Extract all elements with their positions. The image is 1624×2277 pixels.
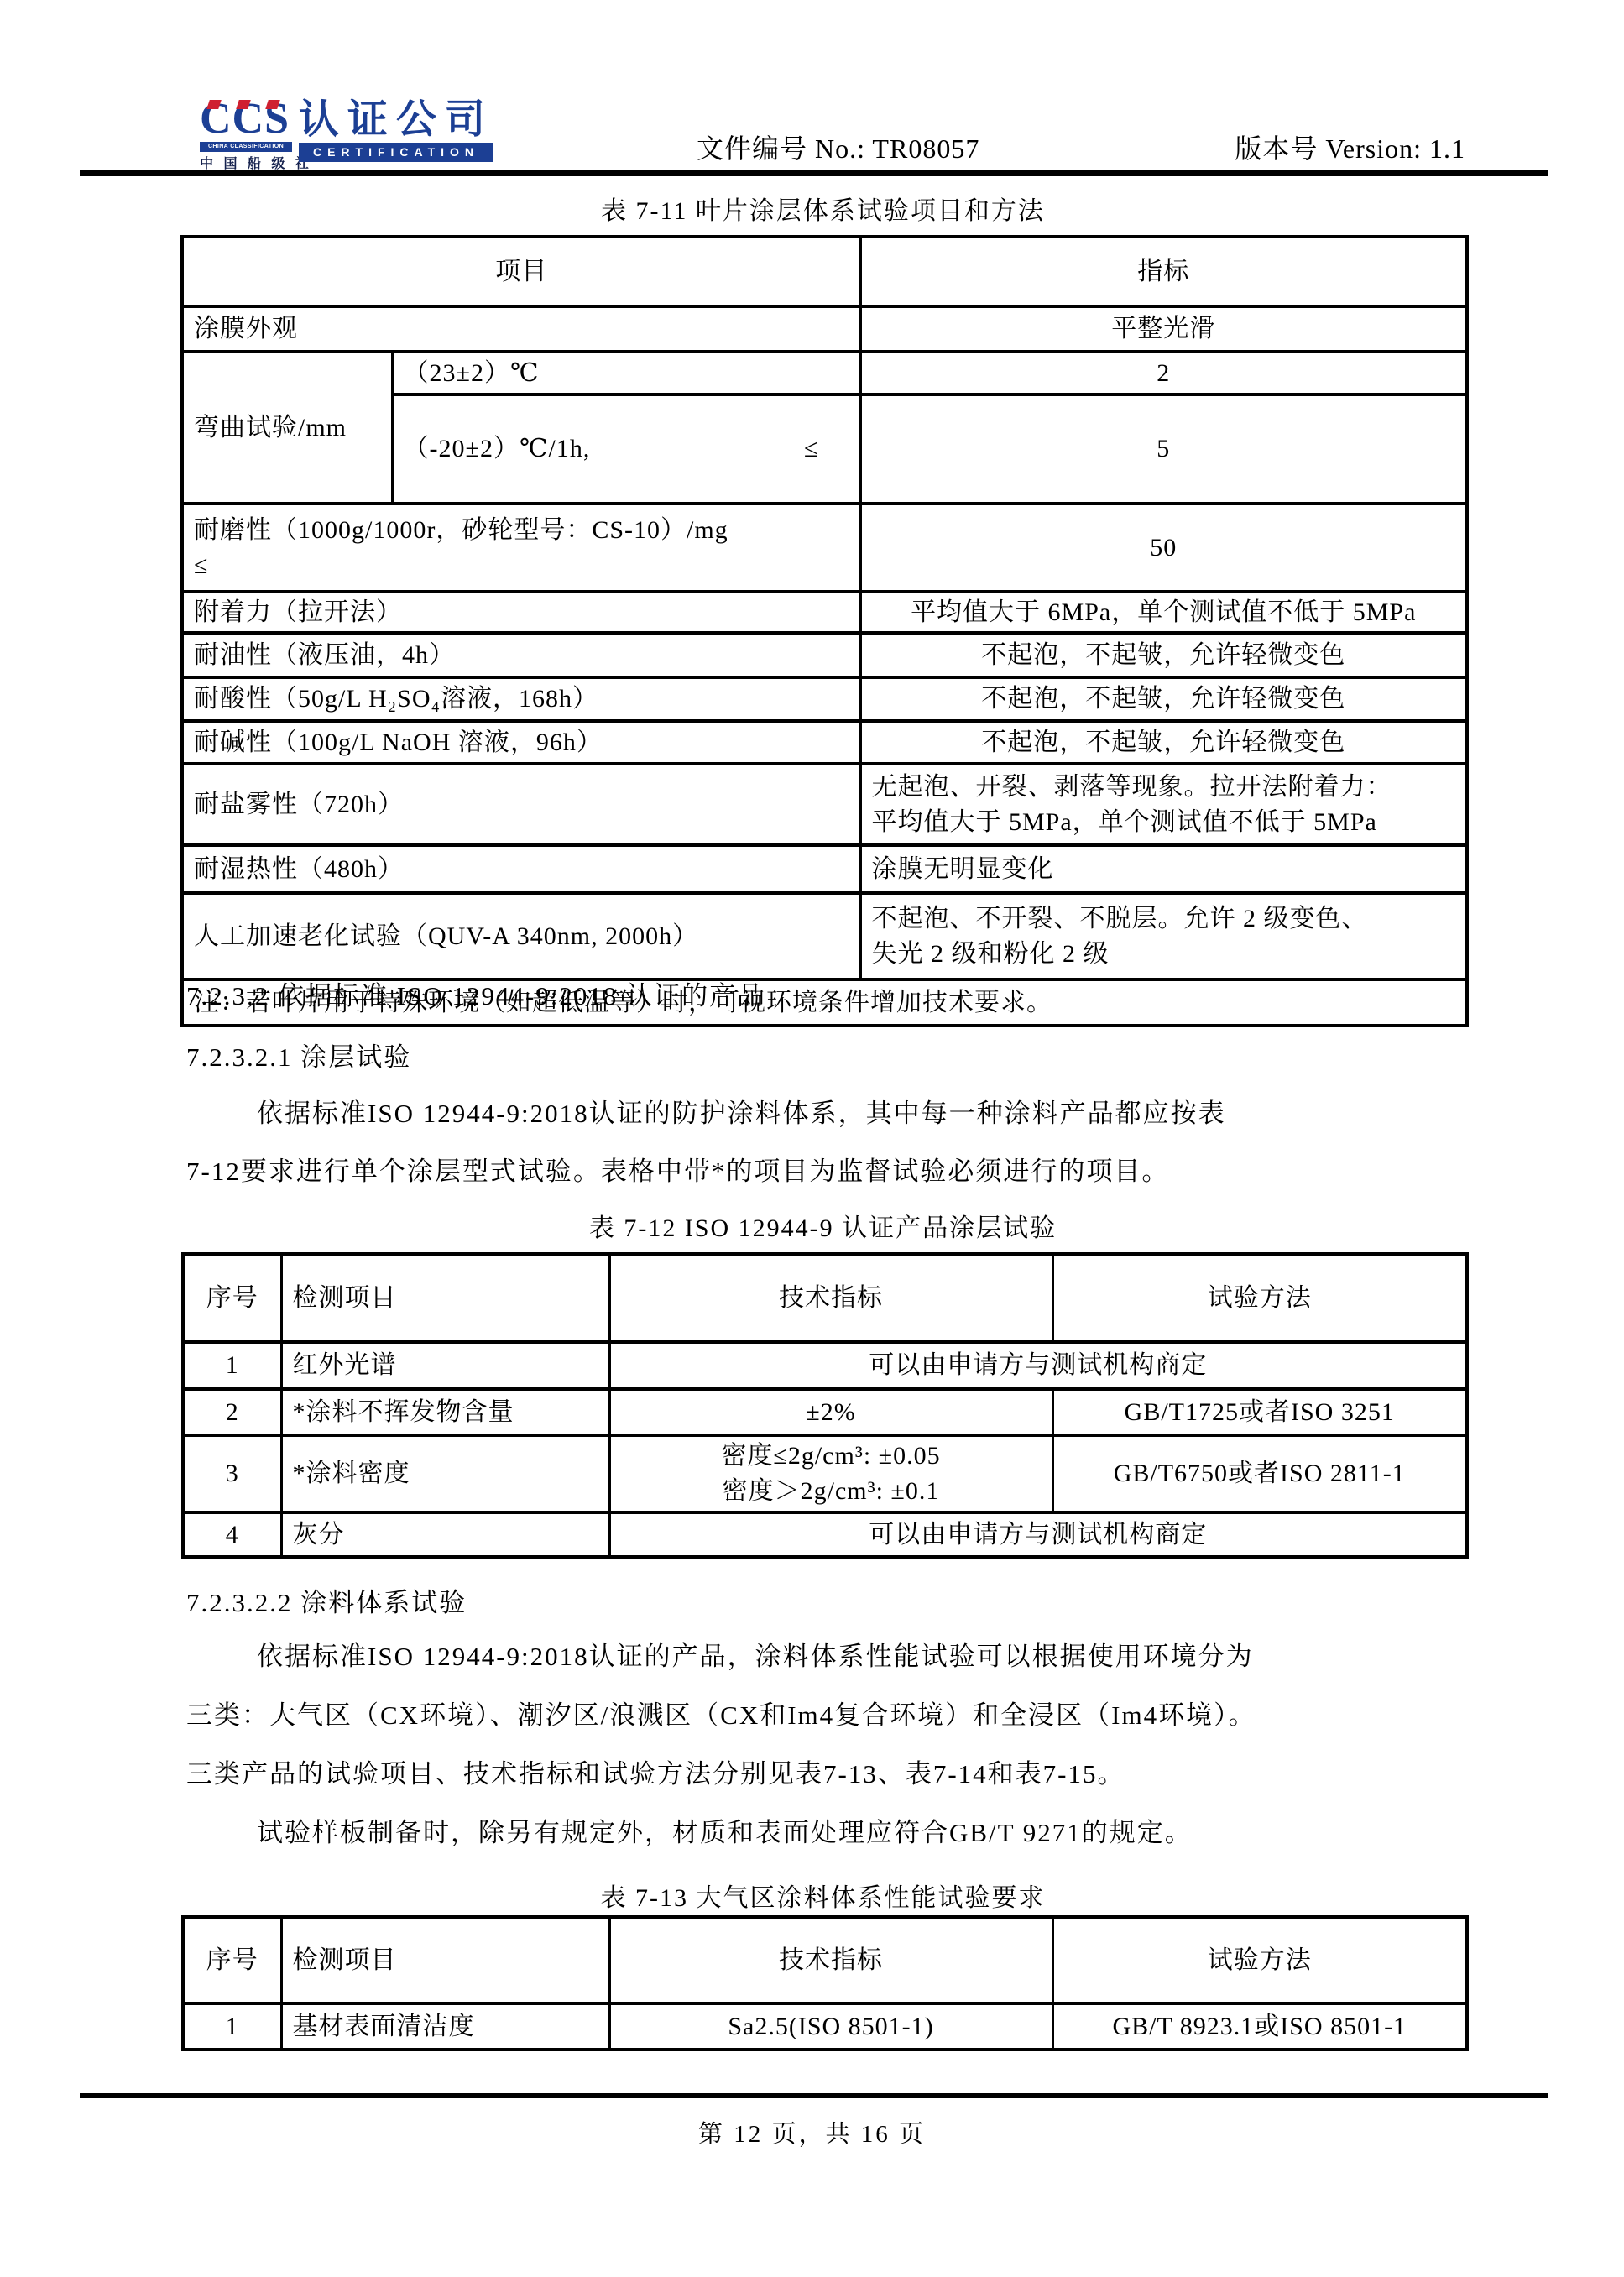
leq-sign: ≤ [804, 431, 818, 467]
ccs-logo: CCS CHINA CLASSIFICATION SOCIETY 中 国 船 级… [200, 99, 502, 166]
table-712-title: 表 7-12 ISO 12944-9 认证产品涂层试验 [180, 1207, 1465, 1244]
table-row: 2 *涂料不挥发物含量 ±2% GB/T1725或者ISO 3251 [183, 1389, 1467, 1435]
society-en-banner: CHINA CLASSIFICATION SOCIETY [200, 142, 292, 152]
para2-line4: 试验样板制备时，除另有规定外，材质和表面处理应符合GB/T 9271的规定。 [257, 1811, 1193, 1849]
row-no: 3 [183, 1435, 281, 1512]
doc-number: 文件编号 No.: TR08057 [697, 128, 979, 166]
col-header-spec: 技术指标 [609, 1917, 1052, 2003]
table-712: 序号 检测项目 技术指标 试验方法 1 红外光谱 可以由申请方与测试机构商定 2… [181, 1252, 1469, 1559]
table-row: 3 *涂料密度 密度≤2g/cm³: ±0.05 密度＞2g/cm³: ±0.1… [183, 1435, 1467, 1512]
row-merged-value: 可以由申请方与测试机构商定 [609, 1342, 1467, 1389]
table-row: 耐盐雾性（720h） 无起泡、开裂、剥落等现象。拉开法附着力： 平均值大于 5M… [182, 764, 1467, 845]
table-711-title: 表 7-11 叶片涂层体系试验项目和方法 [180, 190, 1465, 227]
row-method: GB/T6750或者ISO 2811-1 [1052, 1435, 1467, 1512]
certification-banner: CERTIFICATION [299, 143, 493, 162]
row-alkali-value: 不起泡，不起皱，允许轻微变色 [860, 721, 1467, 764]
row-spec: Sa2.5(ISO 8501-1) [609, 2003, 1052, 2050]
row-quv-label: 人工加速老化试验（QUV-A 340nm, 2000h） [182, 893, 860, 979]
bend-cond2-text: （-20±2）℃/1h, [404, 431, 591, 467]
row-item: *涂料不挥发物含量 [281, 1389, 609, 1435]
table-row: 1 红外光谱 可以由申请方与测试机构商定 [183, 1342, 1467, 1389]
row-bend-label: 弯曲试验/mm [182, 352, 392, 504]
row-item: 基材表面清洁度 [281, 2003, 609, 2050]
col-header-item: 检测项目 [281, 1917, 609, 2003]
col-header-method: 试验方法 [1052, 1254, 1467, 1342]
col-header-index: 指标 [860, 237, 1467, 306]
company-name-cn: 认证公司 [299, 101, 493, 139]
col-header-item: 检测项目 [281, 1254, 609, 1342]
row-bend-val2: 5 [860, 394, 1467, 504]
row-damp-heat-value: 涂膜无明显变化 [860, 845, 1467, 893]
table-row: 4 灰分 可以由申请方与测试机构商定 [183, 1512, 1467, 1557]
row-no: 2 [183, 1389, 281, 1435]
society-cn-label: 中 国 船 级 社 [200, 153, 292, 172]
table-row: 耐油性（液压油，4h） 不起泡，不起皱，允许轻微变色 [182, 633, 1467, 677]
table-row: 涂膜外观 平整光滑 [182, 306, 1467, 352]
row-appearance-value: 平整光滑 [860, 306, 1467, 352]
row-abrasion-value: 50 [860, 504, 1467, 592]
row-oil-label: 耐油性（液压油，4h） [182, 633, 860, 677]
row-no: 1 [183, 2003, 281, 2050]
row-no: 4 [183, 1512, 281, 1557]
para2-line3: 三类产品的试验项目、技术指标和试验方法分别见表7-13、表7-14和表7-15。 [186, 1752, 1125, 1790]
table-713: 序号 检测项目 技术指标 试验方法 1 基材表面清洁度 Sa2.5(ISO 85… [181, 1915, 1469, 2051]
col-header-spec: 技术指标 [609, 1254, 1052, 1342]
table-row: 耐湿热性（480h） 涂膜无明显变化 [182, 845, 1467, 893]
ccs-logo-left: CCS CHINA CLASSIFICATION SOCIETY 中 国 船 级… [200, 99, 294, 172]
page-number: 第 12 页，共 16 页 [0, 2115, 1624, 2149]
table-row: 耐碱性（100g/L NaOH 溶液，96h） 不起泡，不起皱，允许轻微变色 [182, 721, 1467, 764]
row-salt-fog-value: 无起泡、开裂、剥落等现象。拉开法附着力： 平均值大于 5MPa，单个测试值不低于… [860, 764, 1467, 845]
row-spec: 密度≤2g/cm³: ±0.05 密度＞2g/cm³: ±0.1 [609, 1435, 1052, 1512]
table-row: 耐磨性（1000g/1000r，砂轮型号：CS-10）/mg ≤ 50 [182, 504, 1467, 592]
doc-version: 版本号 Version: 1.1 [1235, 128, 1465, 166]
ccs-logo-right: 认证公司 CERTIFICATION [299, 101, 493, 162]
row-salt-fog-label: 耐盐雾性（720h） [182, 764, 860, 845]
row-acid-value: 不起泡，不起皱，允许轻微变色 [860, 677, 1467, 721]
row-quv-value: 不起泡、不开裂、不脱层。允许 2 级变色、 失光 2 级和粉化 2 级 [860, 893, 1467, 979]
para1-line1: 依据标准ISO 12944-9:2018认证的防护涂料体系，其中每一种涂料产品都… [257, 1092, 1226, 1130]
col-header-no: 序号 [183, 1917, 281, 2003]
bend-cond2-wrap: （-20±2）℃/1h, ≤ [404, 431, 849, 467]
row-adhesion-value: 平均值大于 6MPa，单个测试值不低于 5MPa [860, 592, 1467, 633]
document-header: 文件编号 No.: TR08057 版本号 Version: 1.1 [697, 128, 1465, 166]
header-rule [80, 170, 1548, 176]
table-row: 项目 指标 [182, 237, 1467, 306]
col-header-no: 序号 [183, 1254, 281, 1342]
row-item: 灰分 [281, 1512, 609, 1557]
footer-rule [80, 2093, 1548, 2098]
table-row: 耐酸性（50g/L H₂SO₄溶液，168h） 不起泡，不起皱，允许轻微变色 [182, 677, 1467, 721]
row-oil-value: 不起泡，不起皱，允许轻微变色 [860, 633, 1467, 677]
para1-line2: 7-12要求进行单个涂层型式试验。表格中带*的项目为监督试验必须进行的项目。 [186, 1150, 1169, 1188]
row-damp-heat-label: 耐湿热性（480h） [182, 845, 860, 893]
heading-72322: 7.2.3.2.2 涂料体系试验 [186, 1581, 467, 1619]
table-row: 弯曲试验/mm （23±2）℃ 2 [182, 352, 1467, 394]
table-row: 序号 检测项目 技术指标 试验方法 [183, 1917, 1467, 2003]
row-method: GB/T 8923.1或ISO 8501-1 [1052, 2003, 1467, 2050]
document-page: CCS CHINA CLASSIFICATION SOCIETY 中 国 船 级… [0, 0, 1624, 2277]
row-item: *涂料密度 [281, 1435, 609, 1512]
table-row: 1 基材表面清洁度 Sa2.5(ISO 8501-1) GB/T 8923.1或… [183, 2003, 1467, 2050]
row-abrasion-label: 耐磨性（1000g/1000r，砂轮型号：CS-10）/mg ≤ [182, 504, 860, 592]
table-713-title: 表 7-13 大气区涂料体系性能试验要求 [180, 1877, 1465, 1914]
row-spec: ±2% [609, 1389, 1052, 1435]
col-header-item: 项目 [182, 237, 860, 306]
row-no: 1 [183, 1342, 281, 1389]
table-row: 人工加速老化试验（QUV-A 340nm, 2000h） 不起泡、不开裂、不脱层… [182, 893, 1467, 979]
table-711: 项目 指标 涂膜外观 平整光滑 弯曲试验/mm （23±2）℃ 2 （-20±2… [180, 235, 1469, 1027]
row-acid-label: 耐酸性（50g/L H₂SO₄溶液，168h） [182, 677, 860, 721]
row-item: 红外光谱 [281, 1342, 609, 1389]
row-bend-cond2: （-20±2）℃/1h, ≤ [392, 394, 860, 504]
heading-7232: 7.2.3.2 依据标准 ISO 12944-9:2018 认证的产品 [186, 974, 765, 1012]
row-adhesion-label: 附着力（拉开法） [182, 592, 860, 633]
row-bend-val1: 2 [860, 352, 1467, 394]
row-bend-cond1: （23±2）℃ [392, 352, 860, 394]
col-header-method: 试验方法 [1052, 1917, 1467, 2003]
heading-72321: 7.2.3.2.1 涂层试验 [186, 1036, 411, 1073]
para2-line1: 依据标准ISO 12944-9:2018认证的产品，涂料体系性能试验可以根据使用… [257, 1635, 1254, 1673]
row-appearance-label: 涂膜外观 [182, 306, 860, 352]
table-row: 序号 检测项目 技术指标 试验方法 [183, 1254, 1467, 1342]
ccs-wordmark: CCS [200, 99, 294, 139]
row-method: GB/T1725或者ISO 3251 [1052, 1389, 1467, 1435]
row-alkali-label: 耐碱性（100g/L NaOH 溶液，96h） [182, 721, 860, 764]
row-merged-value: 可以由申请方与测试机构商定 [609, 1512, 1467, 1557]
para2-line2: 三类：大气区（CX环境）、潮汐区/浪溅区（CX和Im4复合环境）和全浸区（Im4… [186, 1694, 1256, 1731]
table-row: 附着力（拉开法） 平均值大于 6MPa，单个测试值不低于 5MPa [182, 592, 1467, 633]
